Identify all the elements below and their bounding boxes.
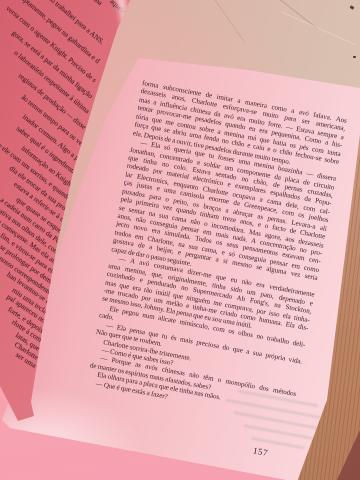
book-text-fragment: , amor, ganha [69, 0, 104, 7]
table-scratch [210, 0, 245, 43]
book-photo: forma subconsciente de imitar a maneira … [0, 0, 360, 480]
right-page-text: forma subconsciente de imitar a maneira … [86, 79, 347, 424]
table-speck [350, 5, 355, 10]
book-text-fragment: as, e mesmo aquele que t [80, 0, 140, 26]
table-scratch [281, 11, 356, 45]
page-number: 157 [252, 446, 268, 457]
table-speck [353, 56, 356, 58]
